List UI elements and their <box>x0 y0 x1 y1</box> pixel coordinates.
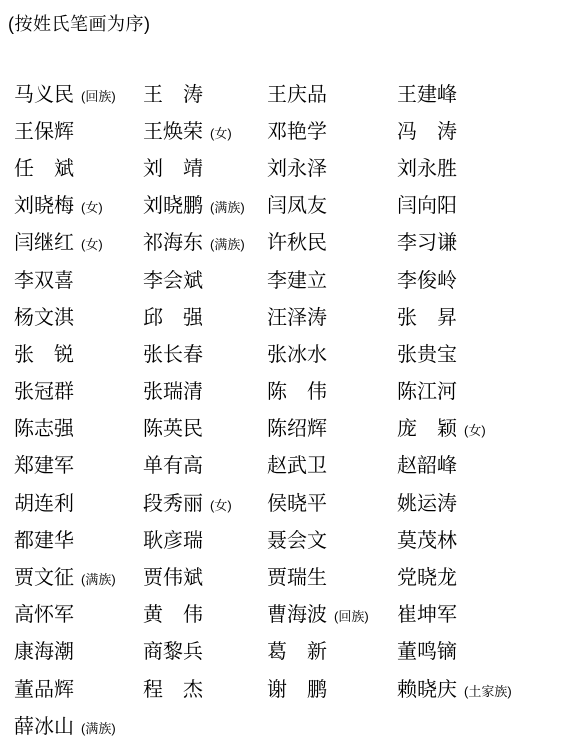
person-cell: 陈英民 <box>143 419 267 439</box>
person-name: 庞 颖 <box>397 419 457 439</box>
person-cell: 谢 鹏 <box>267 680 397 700</box>
person-cell: 李习谦 <box>397 233 584 253</box>
person-name: 赵韶峰 <box>397 456 457 476</box>
ethnic-gender-note: (回族) <box>334 610 369 623</box>
person-cell: 高怀军 <box>14 605 143 625</box>
person-cell: 康海潮 <box>14 642 143 662</box>
person-name: 张 昇 <box>397 308 457 328</box>
person-cell: 赖晓庆(土家族) <box>397 680 584 700</box>
ethnic-gender-note: (女) <box>81 238 103 251</box>
name-row: 马义民(回族)王 涛王庆品王建峰 <box>0 76 584 113</box>
name-row: 张冠群张瑞清陈 伟陈江河 <box>0 374 584 411</box>
person-name: 王焕荣 <box>143 122 203 142</box>
person-name: 胡连利 <box>14 494 74 514</box>
person-cell: 王庆品 <box>267 85 397 105</box>
person-name: 刘永泽 <box>267 159 327 179</box>
person-cell: 陈 伟 <box>267 382 397 402</box>
person-cell: 黄 伟 <box>143 605 267 625</box>
person-cell: 崔坤军 <box>397 605 584 625</box>
person-cell: 王建峰 <box>397 85 584 105</box>
name-row: 郑建军单有高赵武卫赵韶峰 <box>0 448 584 485</box>
person-cell: 赵武卫 <box>267 456 397 476</box>
person-name: 党晓龙 <box>397 568 457 588</box>
person-name: 赖晓庆 <box>397 680 457 700</box>
person-name: 许秋民 <box>267 233 327 253</box>
name-row: 贾文征(满族)贾伟斌贾瑞生党晓龙 <box>0 559 584 596</box>
person-name: 单有高 <box>143 456 203 476</box>
person-cell: 陈志强 <box>14 419 143 439</box>
ethnic-gender-note: (土家族) <box>464 685 512 698</box>
person-name: 任 斌 <box>14 159 74 179</box>
person-cell: 张贵宝 <box>397 345 584 365</box>
name-row: 闫继红(女)祁海东(满族)许秋民李习谦 <box>0 225 584 262</box>
person-name: 高怀军 <box>14 605 74 625</box>
person-name: 贾瑞生 <box>267 568 327 588</box>
person-cell: 贾瑞生 <box>267 568 397 588</box>
person-cell: 陈绍辉 <box>267 419 397 439</box>
person-cell: 闫凤友 <box>267 196 397 216</box>
person-cell: 贾伟斌 <box>143 568 267 588</box>
person-name: 王庆品 <box>267 85 327 105</box>
person-name: 刘永胜 <box>397 159 457 179</box>
person-name: 侯晓平 <box>267 494 327 514</box>
person-name: 姚运涛 <box>397 494 457 514</box>
person-cell: 祁海东(满族) <box>143 233 267 253</box>
person-cell: 赵韶峰 <box>397 456 584 476</box>
person-cell: 程 杰 <box>143 680 267 700</box>
person-cell: 王保辉 <box>14 122 143 142</box>
person-name: 李会斌 <box>143 271 203 291</box>
person-cell: 侯晓平 <box>267 494 397 514</box>
person-name: 马义民 <box>14 85 74 105</box>
person-cell: 葛 新 <box>267 642 397 662</box>
person-name: 谢 鹏 <box>267 680 327 700</box>
person-cell: 贾文征(满族) <box>14 568 143 588</box>
person-name: 崔坤军 <box>397 605 457 625</box>
person-name: 聂会文 <box>267 531 327 551</box>
ethnic-gender-note: (女) <box>464 424 486 437</box>
ethnic-gender-note: (女) <box>81 201 103 214</box>
person-name: 陈志强 <box>14 419 74 439</box>
person-name: 王 涛 <box>143 85 203 105</box>
sort-order-note: (按姓氏笔画为序) <box>8 10 151 36</box>
person-name: 王建峰 <box>397 85 457 105</box>
person-name: 贾文征 <box>14 568 74 588</box>
name-row: 张 锐张长春张冰水张贵宝 <box>0 336 584 373</box>
person-name: 张冠群 <box>14 382 74 402</box>
name-row: 高怀军黄 伟曹海波(回族)崔坤军 <box>0 597 584 634</box>
person-name: 董品辉 <box>14 680 74 700</box>
person-cell: 汪泽涛 <box>267 308 397 328</box>
person-cell: 李俊岭 <box>397 271 584 291</box>
person-name: 邓艳学 <box>267 122 327 142</box>
name-row: 董品辉程 杰谢 鹏赖晓庆(土家族) <box>0 671 584 708</box>
name-row: 都建华耿彦瑞聂会文莫茂林 <box>0 522 584 559</box>
person-name: 都建华 <box>14 531 74 551</box>
person-cell: 张长春 <box>143 345 267 365</box>
name-row: 康海潮商黎兵葛 新董鸣镝 <box>0 634 584 671</box>
person-name: 陈 伟 <box>267 382 327 402</box>
person-name: 张冰水 <box>267 345 327 365</box>
person-cell: 张 锐 <box>14 345 143 365</box>
name-row: 杨文淇邱 强汪泽涛张 昇 <box>0 299 584 336</box>
person-cell: 陈江河 <box>397 382 584 402</box>
name-row: 王保辉王焕荣(女)邓艳学冯 涛 <box>0 113 584 150</box>
person-cell: 张冠群 <box>14 382 143 402</box>
person-name: 莫茂林 <box>397 531 457 551</box>
person-name: 杨文淇 <box>14 308 74 328</box>
person-cell: 李建立 <box>267 271 397 291</box>
person-cell: 邱 强 <box>143 308 267 328</box>
person-cell: 刘 靖 <box>143 159 267 179</box>
person-name: 刘晓鹏 <box>143 196 203 216</box>
ethnic-gender-note: (满族) <box>81 722 116 735</box>
person-name: 康海潮 <box>14 642 74 662</box>
person-cell: 刘晓梅(女) <box>14 196 143 216</box>
person-cell: 李双喜 <box>14 271 143 291</box>
person-cell: 曹海波(回族) <box>267 605 397 625</box>
person-cell: 张 昇 <box>397 308 584 328</box>
person-cell: 单有高 <box>143 456 267 476</box>
person-name: 汪泽涛 <box>267 308 327 328</box>
person-cell: 刘晓鹏(满族) <box>143 196 267 216</box>
ethnic-gender-note: (满族) <box>81 573 116 586</box>
person-name: 刘晓梅 <box>14 196 74 216</box>
person-cell: 胡连利 <box>14 494 143 514</box>
person-cell: 庞 颖(女) <box>397 419 584 439</box>
person-cell: 刘永泽 <box>267 159 397 179</box>
person-name: 郑建军 <box>14 456 74 476</box>
person-cell: 任 斌 <box>14 159 143 179</box>
name-list: 马义民(回族)王 涛王庆品王建峰王保辉王焕荣(女)邓艳学冯 涛任 斌刘 靖刘永泽… <box>0 76 584 745</box>
person-name: 张 锐 <box>14 345 74 365</box>
person-cell: 闫向阳 <box>397 196 584 216</box>
person-name: 曹海波 <box>267 605 327 625</box>
ethnic-gender-note: (满族) <box>210 201 245 214</box>
person-cell: 耿彦瑞 <box>143 531 267 551</box>
person-name: 薛冰山 <box>14 717 74 737</box>
person-cell: 董鸣镝 <box>397 642 584 662</box>
person-cell: 姚运涛 <box>397 494 584 514</box>
person-cell: 董品辉 <box>14 680 143 700</box>
person-cell: 王 涛 <box>143 85 267 105</box>
person-cell: 张冰水 <box>267 345 397 365</box>
ethnic-gender-note: (回族) <box>81 90 116 103</box>
person-name: 李俊岭 <box>397 271 457 291</box>
person-name: 程 杰 <box>143 680 203 700</box>
name-row: 任 斌刘 靖刘永泽刘永胜 <box>0 150 584 187</box>
person-name: 李双喜 <box>14 271 74 291</box>
person-name: 陈江河 <box>397 382 457 402</box>
person-name: 祁海东 <box>143 233 203 253</box>
person-name: 商黎兵 <box>143 642 203 662</box>
person-cell: 闫继红(女) <box>14 233 143 253</box>
person-name: 王保辉 <box>14 122 74 142</box>
person-cell: 郑建军 <box>14 456 143 476</box>
person-cell: 张瑞清 <box>143 382 267 402</box>
person-name: 李习谦 <box>397 233 457 253</box>
person-name: 赵武卫 <box>267 456 327 476</box>
person-cell: 商黎兵 <box>143 642 267 662</box>
person-name: 贾伟斌 <box>143 568 203 588</box>
person-cell: 聂会文 <box>267 531 397 551</box>
person-name: 董鸣镝 <box>397 642 457 662</box>
person-name: 葛 新 <box>267 642 327 662</box>
name-row: 李双喜李会斌李建立李俊岭 <box>0 262 584 299</box>
person-name: 李建立 <box>267 271 327 291</box>
person-name: 黄 伟 <box>143 605 203 625</box>
ethnic-gender-note: (满族) <box>210 238 245 251</box>
person-cell: 冯 涛 <box>397 122 584 142</box>
person-cell: 杨文淇 <box>14 308 143 328</box>
person-cell: 马义民(回族) <box>14 85 143 105</box>
person-name: 张长春 <box>143 345 203 365</box>
person-name: 刘 靖 <box>143 159 203 179</box>
person-cell: 党晓龙 <box>397 568 584 588</box>
ethnic-gender-note: (女) <box>210 499 232 512</box>
person-cell: 王焕荣(女) <box>143 122 267 142</box>
person-name: 邱 强 <box>143 308 203 328</box>
person-cell: 许秋民 <box>267 233 397 253</box>
person-name: 陈英民 <box>143 419 203 439</box>
person-name: 张瑞清 <box>143 382 203 402</box>
ethnic-gender-note: (女) <box>210 127 232 140</box>
person-name: 闫凤友 <box>267 196 327 216</box>
person-cell: 刘永胜 <box>397 159 584 179</box>
person-cell: 李会斌 <box>143 271 267 291</box>
person-name: 张贵宝 <box>397 345 457 365</box>
person-cell: 薛冰山(满族) <box>14 717 143 737</box>
name-row: 陈志强陈英民陈绍辉庞 颖(女) <box>0 411 584 448</box>
name-row: 胡连利段秀丽(女)侯晓平姚运涛 <box>0 485 584 522</box>
name-row: 薛冰山(满族) <box>0 708 584 745</box>
document-page: (按姓氏笔画为序) 马义民(回族)王 涛王庆品王建峰王保辉王焕荣(女)邓艳学冯 … <box>0 0 584 749</box>
person-name: 段秀丽 <box>143 494 203 514</box>
name-row: 刘晓梅(女)刘晓鹏(满族)闫凤友闫向阳 <box>0 188 584 225</box>
person-cell: 莫茂林 <box>397 531 584 551</box>
person-cell: 邓艳学 <box>267 122 397 142</box>
person-name: 闫向阳 <box>397 196 457 216</box>
person-name: 耿彦瑞 <box>143 531 203 551</box>
person-cell: 都建华 <box>14 531 143 551</box>
person-name: 冯 涛 <box>397 122 457 142</box>
person-cell: 段秀丽(女) <box>143 494 267 514</box>
person-name: 闫继红 <box>14 233 74 253</box>
person-name: 陈绍辉 <box>267 419 327 439</box>
